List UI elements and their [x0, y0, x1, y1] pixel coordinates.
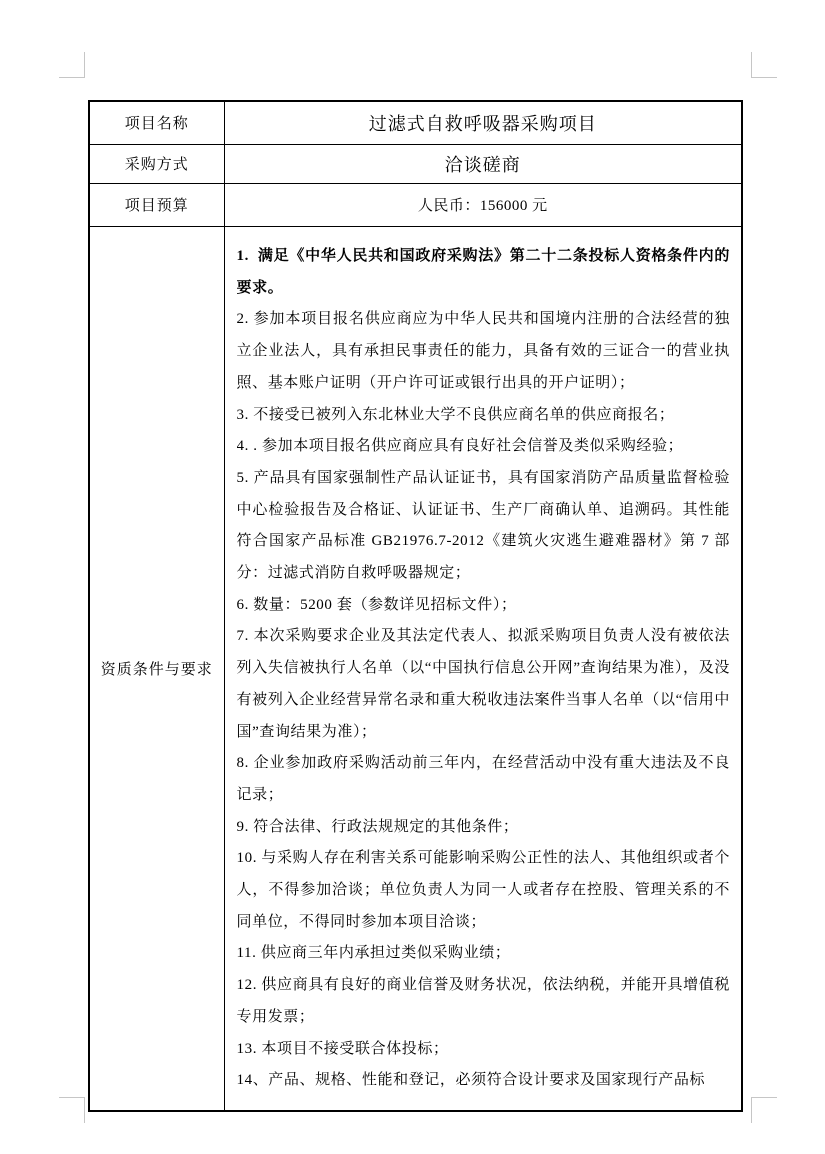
requirement-item-12: 12. 供应商具有良好的商业信誉及财务状况，依法纳税，并能开具增值税专用发票； [237, 970, 731, 1033]
requirement-item-2: 2. 参加本项目报名供应商应为中华人民共和国境内注册的合法经营的独立企业法人，具… [237, 304, 731, 399]
qualification-requirements-list: 1. 满足《中华人民共和国政府采购法》第二十二条投标人资格条件内的要求。 2. … [237, 241, 731, 1103]
page-margin-mark-bottom-right [751, 1097, 777, 1123]
project-name-value: 过滤式自救呼吸器采购项目 [224, 101, 742, 144]
requirement-item-3: 3. 不接受已被列入东北林业大学不良供应商名单的供应商报名； [237, 400, 731, 432]
table-row-project-budget: 项目预算 人民币：156000 元 [89, 183, 742, 226]
table-row-procurement-method: 采购方式 洽谈磋商 [89, 144, 742, 183]
requirement-item-4: 4. . 参加本项目报名供应商应具有良好社会信誉及类似采购经验； [237, 431, 731, 463]
procurement-method-label: 采购方式 [89, 144, 224, 183]
procurement-info-table: 项目名称 过滤式自救呼吸器采购项目 采购方式 洽谈磋商 项目预算 人民币：156… [88, 100, 743, 1112]
procurement-method-value: 洽谈磋商 [224, 144, 742, 183]
page-margin-mark-top-left [59, 52, 85, 78]
requirement-item-11: 11. 供应商三年内承担过类似采购业绩； [237, 938, 731, 970]
table-row-qualification: 资质条件与要求 1. 满足《中华人民共和国政府采购法》第二十二条投标人资格条件内… [89, 226, 742, 1111]
requirement-item-13: 13. 本项目不接受联合体投标； [237, 1034, 731, 1066]
requirement-item-10: 10. 与采购人存在利害关系可能影响采购公正性的法人、其他组织或者个人，不得参加… [237, 843, 731, 938]
requirement-item-5: 5. 产品具有国家强制性产品认证证书，具有国家消防产品质量监督检验中心检验报告及… [237, 463, 731, 590]
requirement-item-1: 1. 满足《中华人民共和国政府采购法》第二十二条投标人资格条件内的要求。 [237, 241, 731, 304]
table-row-project-name: 项目名称 过滤式自救呼吸器采购项目 [89, 101, 742, 144]
qualification-requirements-cell: 1. 满足《中华人民共和国政府采购法》第二十二条投标人资格条件内的要求。 2. … [224, 226, 742, 1111]
document-page: 项目名称 过滤式自救呼吸器采购项目 采购方式 洽谈磋商 项目预算 人民币：156… [0, 0, 825, 1154]
requirement-item-14: 14、产品、规格、性能和登记，必须符合设计要求及国家现行产品标 [237, 1065, 731, 1097]
page-margin-mark-top-right [751, 52, 777, 78]
requirement-item-8: 8. 企业参加政府采购活动前三年内，在经营活动中没有重大违法及不良记录； [237, 748, 731, 811]
project-name-label: 项目名称 [89, 101, 224, 144]
project-budget-label: 项目预算 [89, 183, 224, 226]
page-margin-mark-bottom-left [59, 1097, 85, 1123]
requirement-item-9: 9. 符合法律、行政法规规定的其他条件； [237, 812, 731, 844]
requirement-item-7: 7. 本次采购要求企业及其法定代表人、拟派采购项目负责人没有被依法列入失信被执行… [237, 621, 731, 748]
project-budget-value: 人民币：156000 元 [224, 183, 742, 226]
requirement-item-6: 6. 数量：5200 套（参数详见招标文件）； [237, 590, 731, 622]
qualification-label: 资质条件与要求 [89, 226, 224, 1111]
